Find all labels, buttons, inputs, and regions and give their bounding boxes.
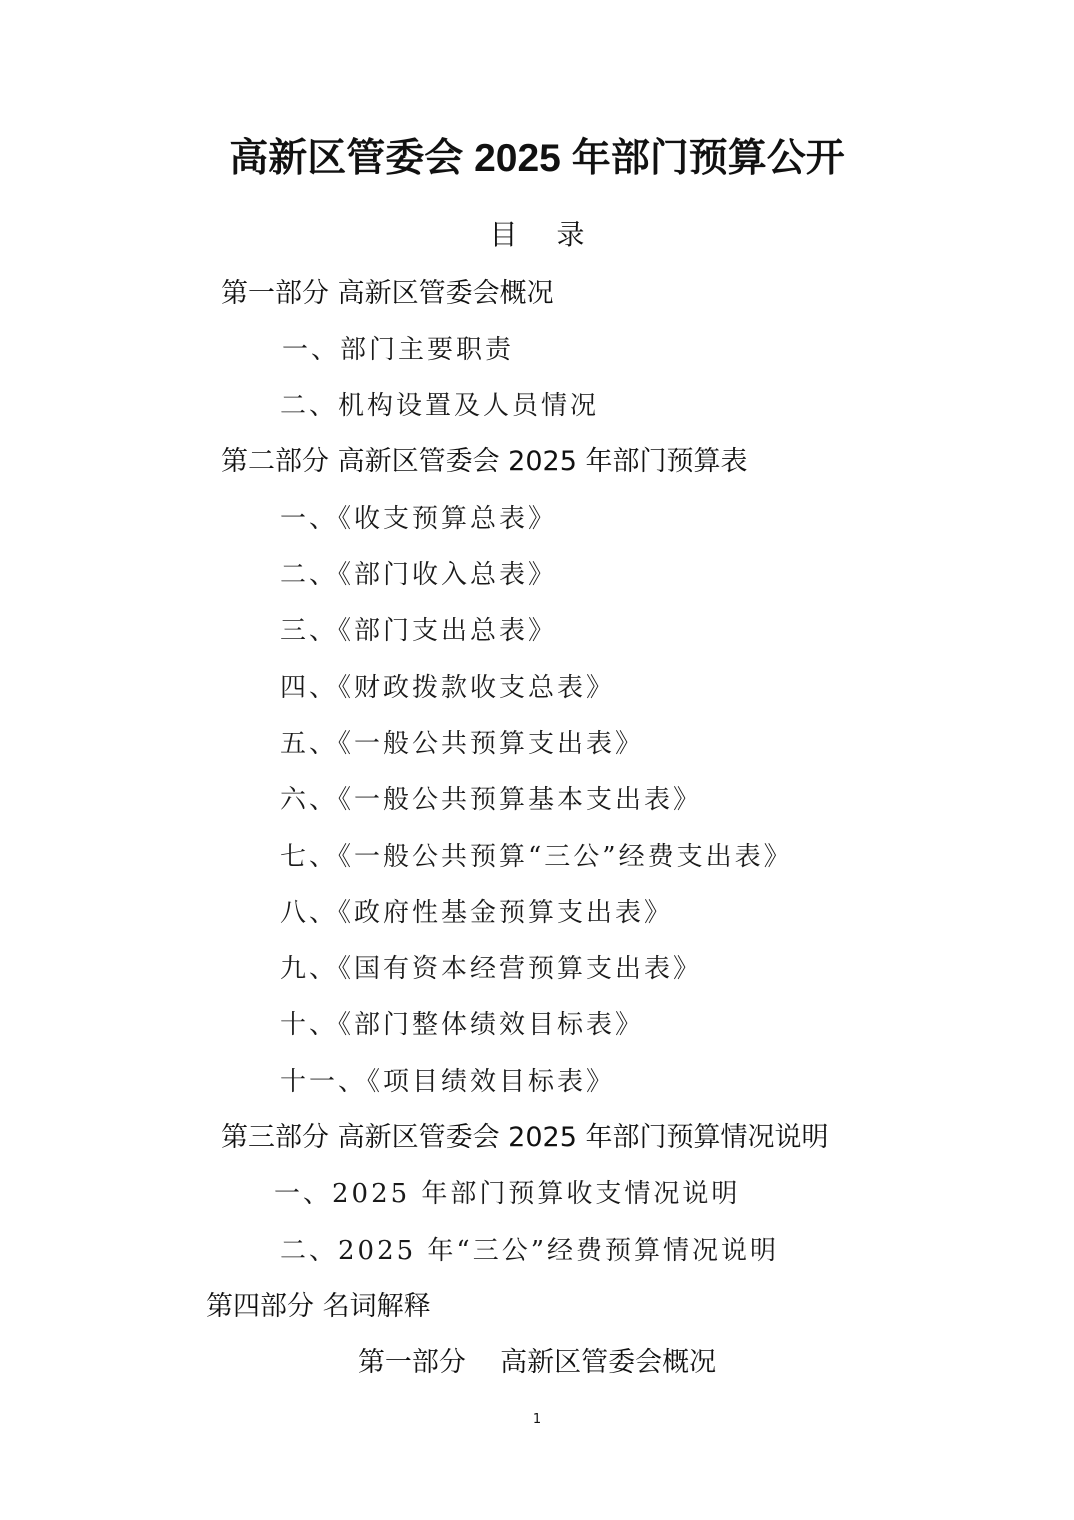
document-page: 高新区管委会 2025 年部门预算公开 目 录 第一部分 高新区管委会概况 一、… (0, 0, 1074, 1520)
toc-item[interactable]: 九、《国有资本经营预算支出表》 (280, 949, 702, 989)
toc-part-3[interactable]: 第三部分 高新区管委会 2025 年部门预算情况说明 (221, 1118, 828, 1158)
toc-item[interactable]: 十一、《项目绩效目标表》 (280, 1062, 615, 1102)
toc-item[interactable]: 七、《一般公共预算“三公”经费支出表》 (280, 837, 793, 877)
document-title: 高新区管委会 2025 年部门预算公开 (0, 134, 1074, 184)
toc-item[interactable]: 二、《部门收入总表》 (280, 555, 557, 595)
toc-item[interactable]: 一、2025 年部门预算收支情况说明 (274, 1174, 740, 1214)
toc-item[interactable]: 十、《部门整体绩效目标表》 (280, 1005, 644, 1045)
toc-item[interactable]: 四、《财政拨款收支总表》 (280, 668, 615, 708)
toc-part-4[interactable]: 第四部分 名词解释 (206, 1287, 431, 1327)
toc-item[interactable]: 八、《政府性基金预算支出表》 (280, 893, 673, 933)
section-heading: 第一部分 高新区管委会概况 (0, 1343, 1074, 1383)
toc-heading: 目 录 (0, 215, 1074, 255)
toc-item[interactable]: 一、部门主要职责 (282, 330, 514, 370)
toc-item[interactable]: 二、机构设置及人员情况 (280, 386, 599, 426)
toc-item[interactable]: 三、《部门支出总表》 (280, 611, 557, 651)
toc-item[interactable]: 二、2025 年“三公”经费预算情况说明 (280, 1231, 779, 1271)
toc-item[interactable]: 五、《一般公共预算支出表》 (280, 724, 644, 764)
toc-item[interactable]: 一、《收支预算总表》 (280, 499, 557, 539)
toc-item[interactable]: 六、《一般公共预算基本支出表》 (280, 780, 702, 820)
page-number: 1 (0, 1410, 1074, 1430)
toc-part-1[interactable]: 第一部分 高新区管委会概况 (221, 274, 554, 314)
toc-part-2[interactable]: 第二部分 高新区管委会 2025 年部门预算表 (221, 442, 747, 482)
